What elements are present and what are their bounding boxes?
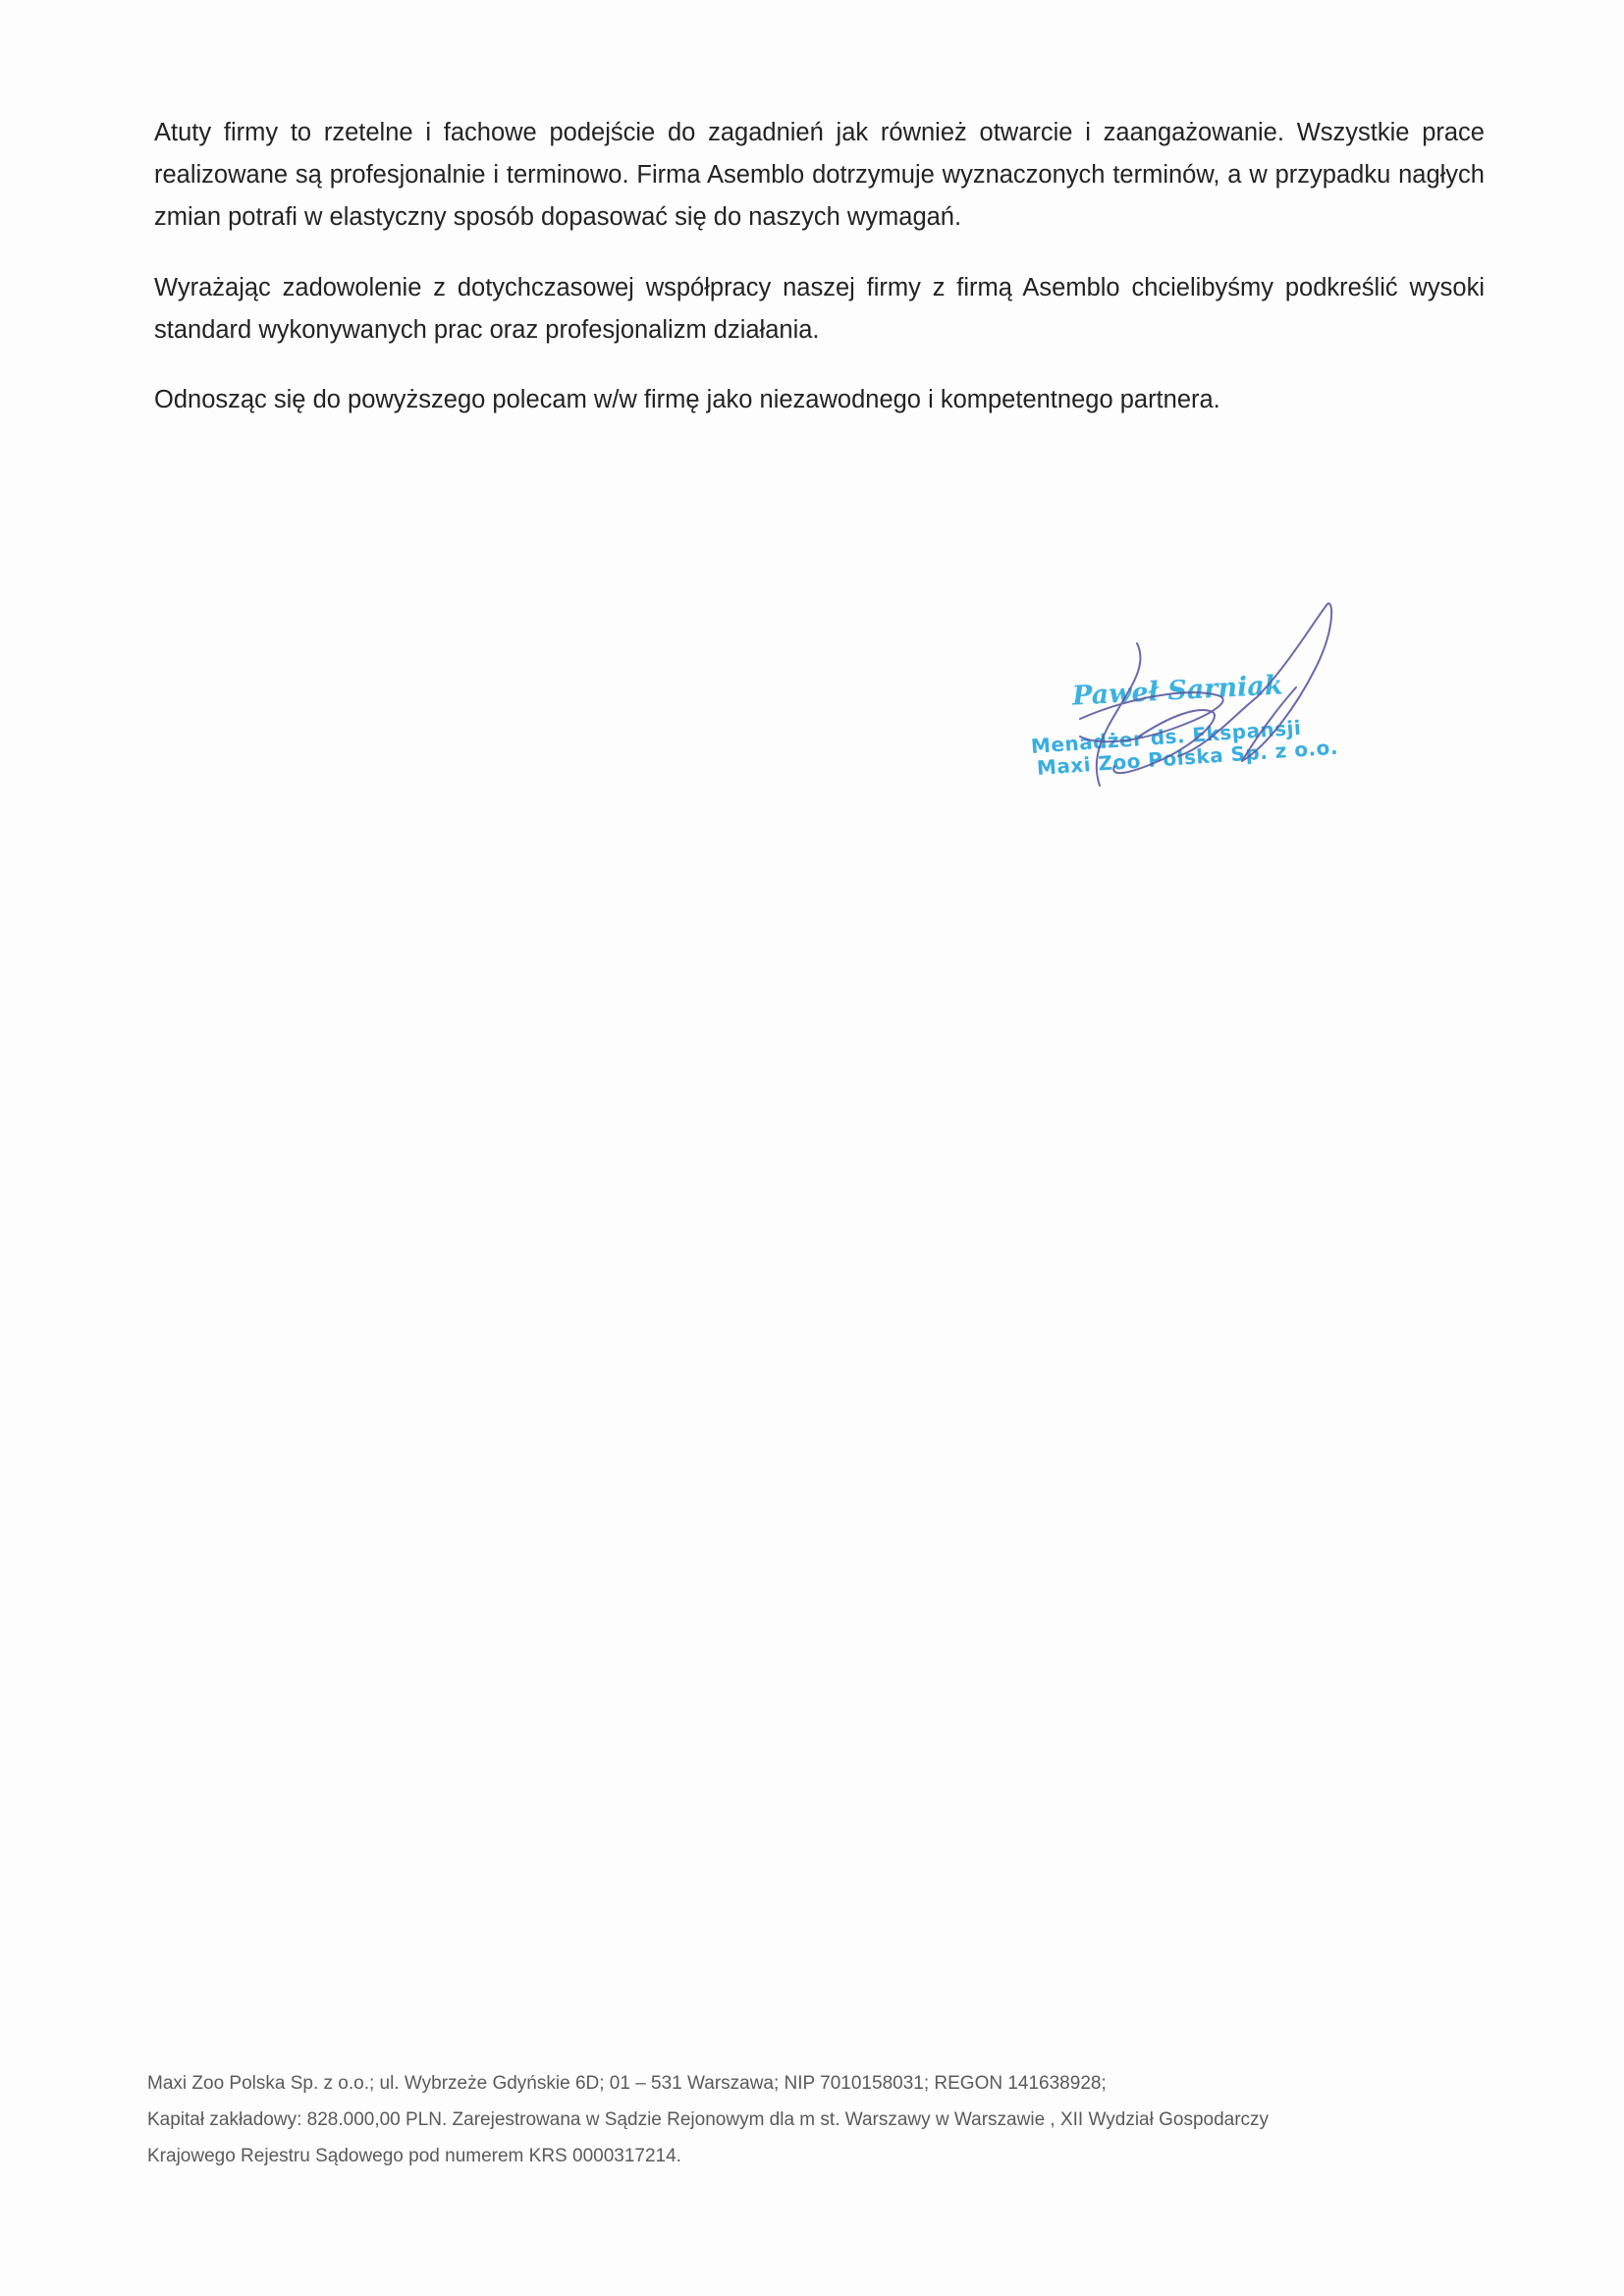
footer-line-krs: Krajowego Rejestru Sądowego pod numerem … (147, 2138, 1522, 2174)
signature-stamp: Paweł Sarniak Menadżer ds. Ekspansji Max… (1021, 589, 1355, 815)
document-page: Atuty firmy to rzetelne i fachowe podejś… (0, 0, 1624, 2296)
footer-line-address: Maxi Zoo Polska Sp. z o.o.; ul. Wybrzeże… (147, 2065, 1522, 2102)
paragraph-satisfaction: Wyrażając zadowolenie z dotychczasowej w… (154, 267, 1485, 352)
handwritten-signature-icon (1021, 589, 1355, 815)
company-footer: Maxi Zoo Polska Sp. z o.o.; ul. Wybrzeże… (147, 2065, 1522, 2174)
paragraph-strengths: Atuty firmy to rzetelne i fachowe podejś… (154, 112, 1485, 239)
footer-line-capital: Kapitał zakładowy: 828.000,00 PLN. Zarej… (147, 2102, 1522, 2138)
paragraph-recommendation: Odnosząc się do powyższego polecam w/w f… (154, 379, 1485, 421)
